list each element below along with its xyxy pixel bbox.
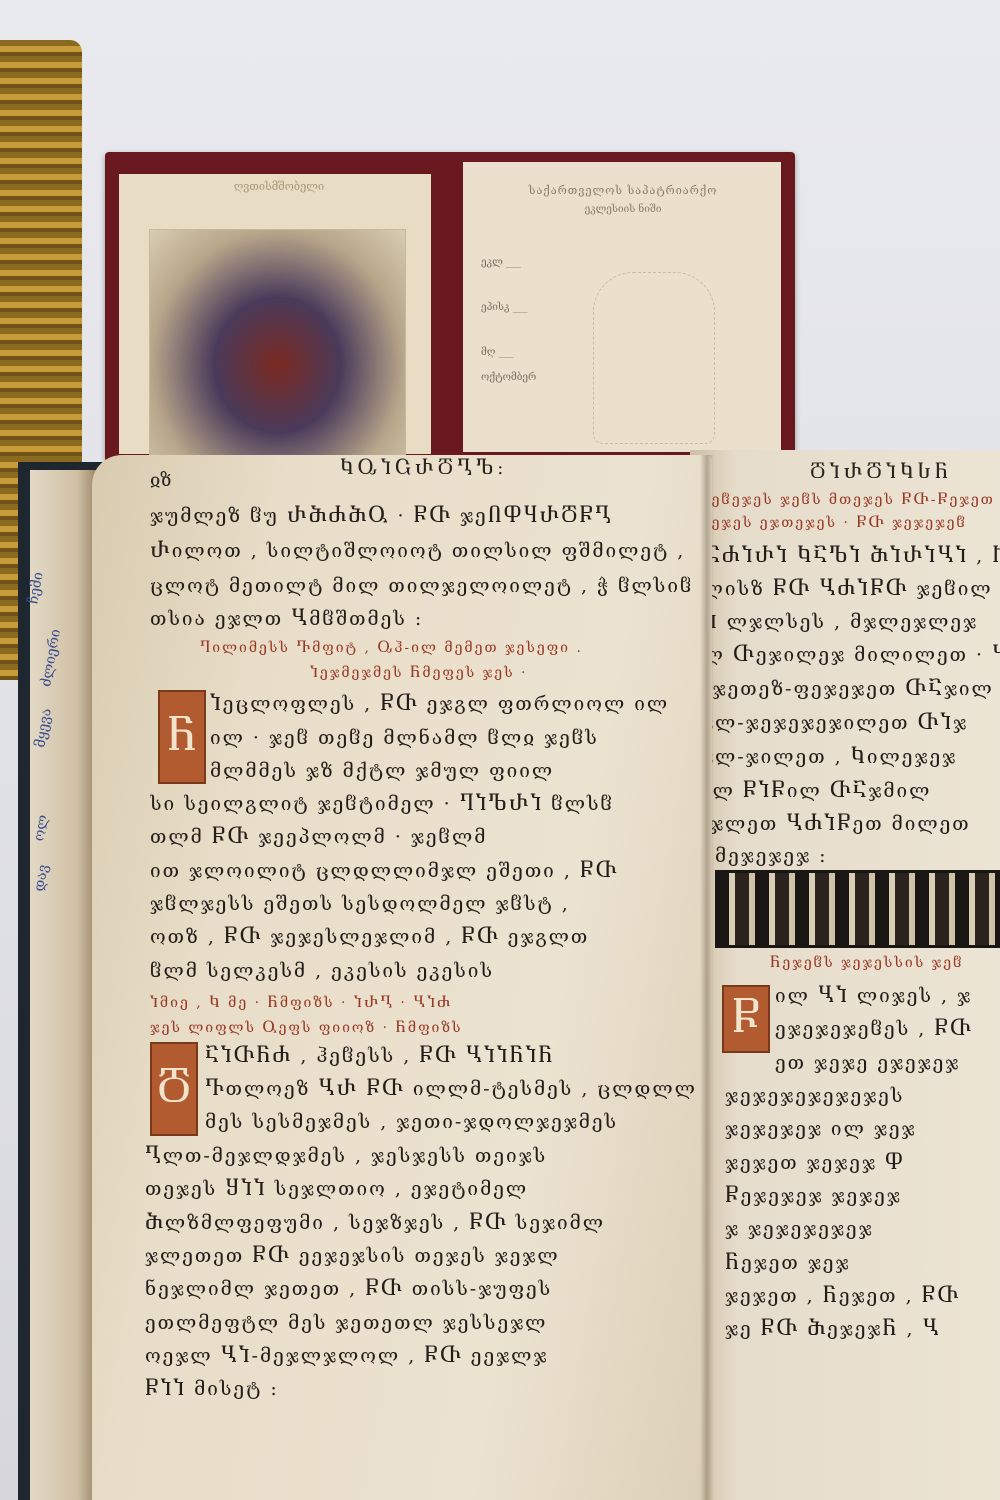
right-text-line: ჯეჯეჯეჯეჯეჯეს: [725, 1085, 1000, 1107]
left-running-head: ႩႭႨႺႰႣႢႪ:: [340, 458, 507, 479]
right-text-line: ჯეჯეთ ჯეჯეჯ Ⴔ: [725, 1152, 1000, 1174]
right-text-line: ილ ႼႨႼილ ႧႠჯმილ: [700, 780, 1000, 802]
left-text-line: ით ჯლოილიტ ცლდლლიმჯლ ეშეთი , ႼႧ: [150, 860, 690, 882]
left-text-line: ჯუმლეზ ჱუ ႰႫႻႫႳ · ႼႧ ჯეႶႴႷႰႣႼႢ: [150, 505, 690, 527]
drop-cap-initial: Ⴌ: [158, 690, 206, 784]
left-text-line: ჱლმ სელკესმ , ეკესის ეკესის: [150, 960, 690, 982]
certificate-title: საქართველოს საპატრიარქო: [483, 184, 763, 197]
left-text-line: ოთზ , ႼႧ ჯეჯესლეჯლიმ , ႼႧ ეჯგლთ: [150, 926, 690, 948]
left-text-line: მეს სესმეჯმეს , ჯეთი-ჯდოლჯეჯმეს: [205, 1111, 695, 1133]
left-rubric-line: Ⴈმიე , Ⴉ მე · Ⴌმფიზს · ႨႰႢ · ႡႨႻ: [150, 995, 690, 1011]
right-text-line: ილისზ ႼႧ ႡႻႨႼႧ ჯეჱილ: [690, 578, 1000, 600]
right-text-line: ႩႠႻႨႰႨ ႩႠႪႨ ႫႨႰႨႡႨ , Ⴡ: [690, 545, 1000, 567]
left-text-line: ეთლმეფტლ მეს ჯეთეთლ ჯესსეჯლ: [145, 1312, 695, 1334]
left-text-line: Ⴈეცლოფლეს , ႼႧ ეჯგლ ფთრლიოლ ილ: [210, 693, 690, 715]
left-rubric-line: Ⴄილიმესს Ⴅმფიტ , Ⴍჰ-ილ მემეთ ჯესეფი .: [200, 640, 690, 656]
right-page: [690, 450, 1000, 1500]
certificate-panel: საქართველოს საპატრიარქო ეკლესიის ნიში ეკ…: [463, 162, 781, 452]
left-rubric-line: Ⴈეჯმეჯმეს Ⴌმეფეს ჯეს ·: [310, 665, 690, 681]
right-text-line: ილ ႡႨ ლიჯეს , ჯ: [775, 985, 1000, 1007]
page-fold-shadow: [700, 455, 714, 1500]
right-text-line: ჯ ჯეჯეჯეჯეჯ: [725, 1218, 1000, 1240]
left-text-line: Ⴅთლოეზ ႡႰ ႼႧ ილლმ-ტესმეს , ცლდლლ: [205, 1078, 695, 1100]
right-text-line: ჯლ-ჯილეთ , Ⴉილეჯეჯ: [700, 746, 1000, 768]
left-text-line: ჯჱლჯესს ეშეთს სესდოლმელ ჯჱსტ ,: [150, 893, 690, 915]
left-text-line: Ⴐილოთ , სილტიშლოიოტ თილსილ ფშმილეტ ,: [150, 540, 690, 562]
woodcut-ornament-band: [715, 870, 1000, 948]
certificate-line: ეკლ ___: [481, 257, 521, 268]
right-rubric-line: Ⴌეჯეჱს ჯეჯესსის ჯეჱ: [770, 955, 1000, 971]
left-text-line: ჯლეთეთ ႼႧ ეეჯეჯსის თეჯეს ჯეჯლ: [145, 1245, 695, 1267]
right-text-line: ႤႨ ლჯლსეს , მჯლეჯლეჯ: [690, 611, 1000, 633]
certificate-subtitle: ეკლესიის ნიში: [483, 204, 763, 215]
right-text-line: ჯე ႼႧ ႫეჯეჯႬ , Ⴁ: [725, 1318, 1000, 1340]
right-rubric-line: ჯეჱეჯეს ჯეჱს მთეჯეს ႼႧ-Ⴜეჯეთ: [700, 492, 1000, 508]
right-text-line: Ⴌეჯეთ ჯეჯ: [725, 1252, 1000, 1274]
left-text-line: Ⴋლზმლფეფუმი , სეჯზჯეს , ႼႧ სეჯიმლ: [145, 1212, 695, 1234]
right-text-line: ჯეჯეჯეჯ ილ ჯეჯ: [725, 1118, 1000, 1140]
left-rubric-line: ჯეს ლიფლს Ⴓეფს ფიიოზ · Ⴌმფიზს: [150, 1020, 690, 1036]
right-text-line: ილ Ⴇეჯილეჯ მილილეთ · ႡႻ: [690, 644, 1000, 666]
page-number: ჲზ: [150, 470, 171, 491]
left-text-line: Ⴂლთ-მეჯლდჯმეს , ჯესჯესს თეიჯს: [145, 1145, 695, 1167]
left-text-line: ႼႨႨ მისეტ :: [145, 1378, 695, 1400]
right-text-line: ჯლეთ ႡႻႨႼეთ მილეთ: [710, 813, 1000, 835]
drop-cap-initial: Ⴃ: [150, 1042, 198, 1136]
right-text-line: ჯეჯეთ , Ⴌეჯეთ , ႼႧ: [725, 1285, 1000, 1307]
left-text-line: ნეჯლიმლ ჯეთეთ , ႼႧ თისს-ჯუფეს: [145, 1278, 695, 1300]
left-text-line: მლმმეს ჯზ მქტლ ჯმულ ფიილ: [210, 760, 690, 782]
left-text-line: ოეჯლ ႡႨ-მეჯლჯლოლ , ႼႧ ეეჯლჯ: [145, 1345, 695, 1367]
left-text-line: სი სეილგლიტ ჯეჱტიმელ · ႤႨႪႰႨ ჱლსჱ: [150, 793, 690, 815]
drop-cap-initial: Ⴜ: [722, 985, 770, 1053]
right-text-line: ეთ ჯეჯე ეჯეჯეჯ: [775, 1052, 1000, 1074]
right-rubric-line: ჯეჯეს ეჯთეჯეს · ႼႧ ჯეჯეჯეჱ: [700, 515, 1000, 531]
left-text-line: ილ · ჯეჱ თეჱე მლნამლ ჱლჲ ჯეჱს: [210, 727, 690, 749]
left-text-line: თეჯეს ႸႨႨ სეჯლთიო , ეჯეტიმელ: [145, 1178, 695, 1200]
left-text-line: თსია ეჯლთ Ⴁმჱშთმეს :: [150, 608, 690, 630]
right-text-line: ჯლ-ჯეჯეჯეჯილეთ ႧႨჯ: [700, 712, 1000, 734]
certificate-line: ოქტომბერ: [481, 372, 536, 383]
left-text-line: თლმ ႼႧ ჯეეპლოლმ · ჯეჱლმ: [150, 826, 690, 848]
right-text-line: ეჯეჯეჯეჱეს , ႼႧ: [775, 1018, 1000, 1040]
certificate-line: მღ ___: [481, 347, 514, 358]
right-text-line: მეჯეჯეჯ :: [715, 845, 1000, 867]
left-text-line: ႠႨႧႬႻ , ჰეჱესს , ႼႧ ႡႨႨႬႨႬ: [205, 1045, 695, 1067]
right-running-head: ႣႨႰႣႨႩႱႬ: [810, 462, 952, 483]
theotokos-icon-painting: [149, 229, 406, 456]
icon-card-left-panel: ღვთისმშობელი: [119, 174, 431, 454]
icon-card-title: ღვთისმშობელი: [149, 180, 409, 193]
right-text-line: Ⴜეჯეჯეჯ ჯეჯეჯ: [725, 1185, 1000, 1207]
icon-card: ღვთისმშობელი საქართველოს საპატრიარქო ეკლ…: [105, 152, 795, 462]
patriarchate-emblem-watermark: [593, 272, 715, 444]
left-text-line: ცლოტ მეთილტ მილ თილჯელოილეტ , ჭ ჱლსიჱლთ: [150, 575, 690, 597]
right-text-line: ეჯეთეზ-ფეჯეჯეთ ႧႠჯილ: [700, 678, 1000, 700]
certificate-line: ეპისკ ___: [481, 302, 528, 313]
